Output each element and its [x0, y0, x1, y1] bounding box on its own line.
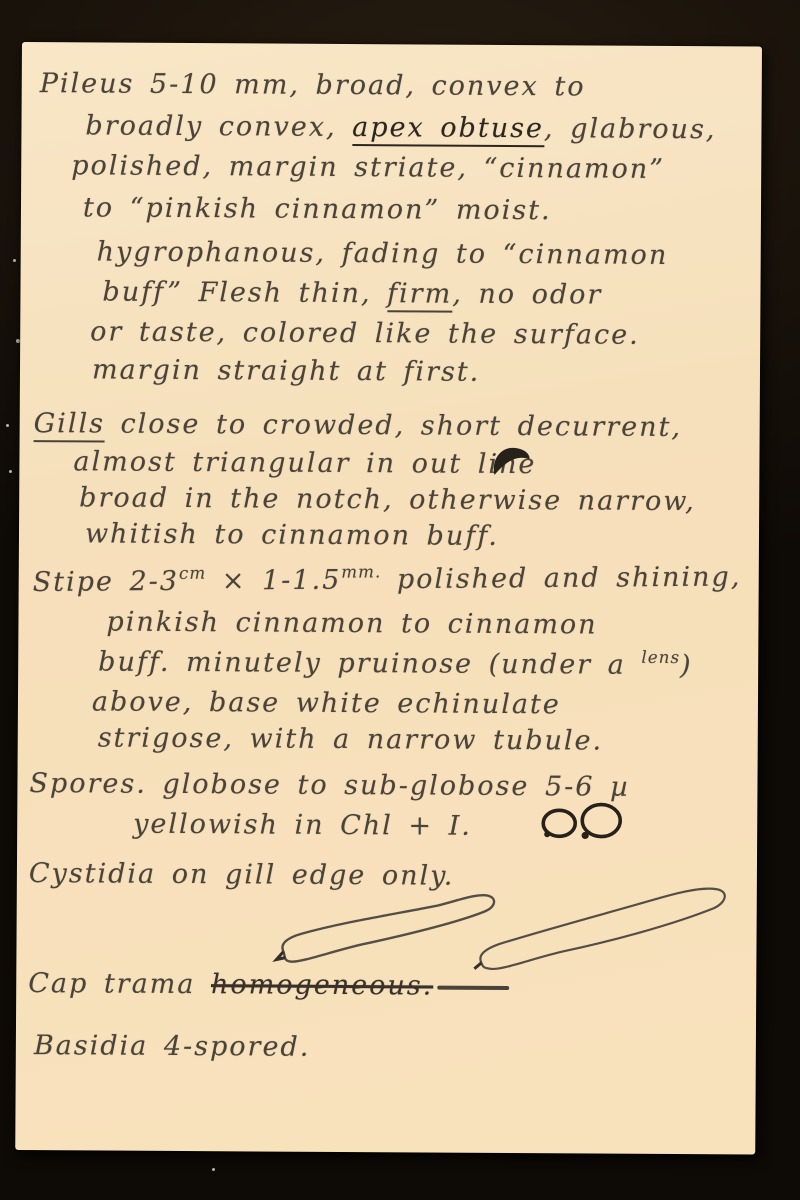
pileus-text: , glabrous, [544, 113, 717, 145]
dust-speck [13, 259, 16, 262]
stipe-line-2: pinkish cinnamon to cinnamon [106, 607, 597, 642]
stipe-text: buff. minutely pruinose (under a [98, 646, 641, 680]
stipe-line-5: strigose, with a narrow tubule. [98, 722, 604, 757]
pileus-text: margin straight at first. [92, 354, 480, 387]
cap-trama-text: Cap trama [28, 968, 211, 1000]
gills-text: almost triangular in out line [73, 446, 536, 480]
stipe-text: × 1-1.5 [206, 565, 341, 597]
stipe-text: above, base white echinulate [92, 686, 561, 720]
pileus-line-6: buff” Flesh thin, firm, no odor [102, 276, 602, 311]
gills-line-1: Gills close to crowded, short decurrent, [34, 408, 683, 444]
gills-heading: Gills [34, 408, 106, 442]
underlined-firm: firm [387, 278, 452, 312]
pileus-text: or taste, colored like the surface. [90, 316, 640, 350]
basidia-text: Basidia 4-spored. [34, 1030, 311, 1063]
gills-line-4: whitish to cinnamon buff. [85, 518, 499, 553]
underlined-apex-obtuse: apex obtuse [352, 112, 544, 147]
spores-line-2: yellowish in Chl + I. [133, 809, 472, 843]
stipe-text: pinkish cinnamon to cinnamon [106, 607, 597, 641]
stipe-line-1: Stipe 2-3cm × 1-1.5mm. polished and shin… [33, 561, 742, 599]
pileus-line-8: margin straight at first. [92, 354, 481, 389]
spores-text: yellowish in Chl + I. [133, 809, 472, 842]
pileus-line-3: polished, margin striate, “cinnamon” [71, 150, 665, 186]
stipe-text: strigose, with a narrow tubule. [98, 722, 604, 756]
pileus-line-7: or taste, colored like the surface. [90, 316, 640, 352]
lens-superscript: lens [641, 647, 680, 667]
cap-trama-line: Cap trama homogeneous. [28, 968, 509, 1003]
dust-speck [6, 424, 9, 427]
gills-line-3: broad in the notch, otherwise narrow, [79, 482, 696, 518]
stipe-line-3: buff. minutely pruinose (under a lens) [98, 646, 693, 682]
pileus-text: , no odor [452, 279, 602, 311]
dust-speck [212, 1168, 215, 1171]
pileus-text: Pileus 5-10 mm, broad, convex to [40, 68, 586, 102]
spore-sketches-icon [535, 797, 631, 850]
basidia-line: Basidia 4-spored. [34, 1030, 311, 1064]
pileus-line-1: Pileus 5-10 mm, broad, convex to [40, 68, 586, 104]
stipe-line-4: above, base white echinulate [92, 686, 561, 721]
pileus-text: hygrophanous, fading to “cinnamon [97, 236, 669, 270]
stipe-text: polished and shining, [381, 561, 741, 595]
pileus-text: buff” Flesh thin, [102, 276, 387, 309]
pileus-line-4: to “pinkish cinnamon” moist. [83, 192, 552, 227]
struck-word-homogeneous: homogeneous. [211, 969, 433, 1001]
note-card: Pileus 5-10 mm, broad, convex to broadly… [15, 42, 762, 1154]
gills-line-2: almost triangular in out line [73, 446, 536, 481]
stipe-text: ) [680, 650, 693, 681]
mm-superscript: mm. [341, 561, 381, 581]
cystidia-sketches-icon [271, 878, 744, 977]
strike-line [437, 985, 509, 989]
gills-text: close to crowded, short decurrent, [105, 409, 682, 444]
cm-superscript: cm [179, 563, 206, 583]
dust-speck [9, 470, 12, 473]
pileus-line-5: hygrophanous, fading to “cinnamon [97, 236, 669, 272]
stipe-text: Stipe 2-3 [33, 566, 180, 598]
pileus-text: broadly convex, [85, 110, 352, 143]
pileus-text: polished, margin striate, “cinnamon” [71, 150, 665, 185]
pileus-line-2: broadly convex, apex obtuse, glabrous, [85, 110, 716, 146]
photo-background: Pileus 5-10 mm, broad, convex to broadly… [0, 0, 800, 1200]
pileus-text: to “pinkish cinnamon” moist. [83, 192, 552, 226]
gills-text: broad in the notch, otherwise narrow, [79, 482, 696, 517]
gill-outline-mark-icon [489, 445, 535, 483]
gills-text: whitish to cinnamon buff. [85, 518, 499, 552]
